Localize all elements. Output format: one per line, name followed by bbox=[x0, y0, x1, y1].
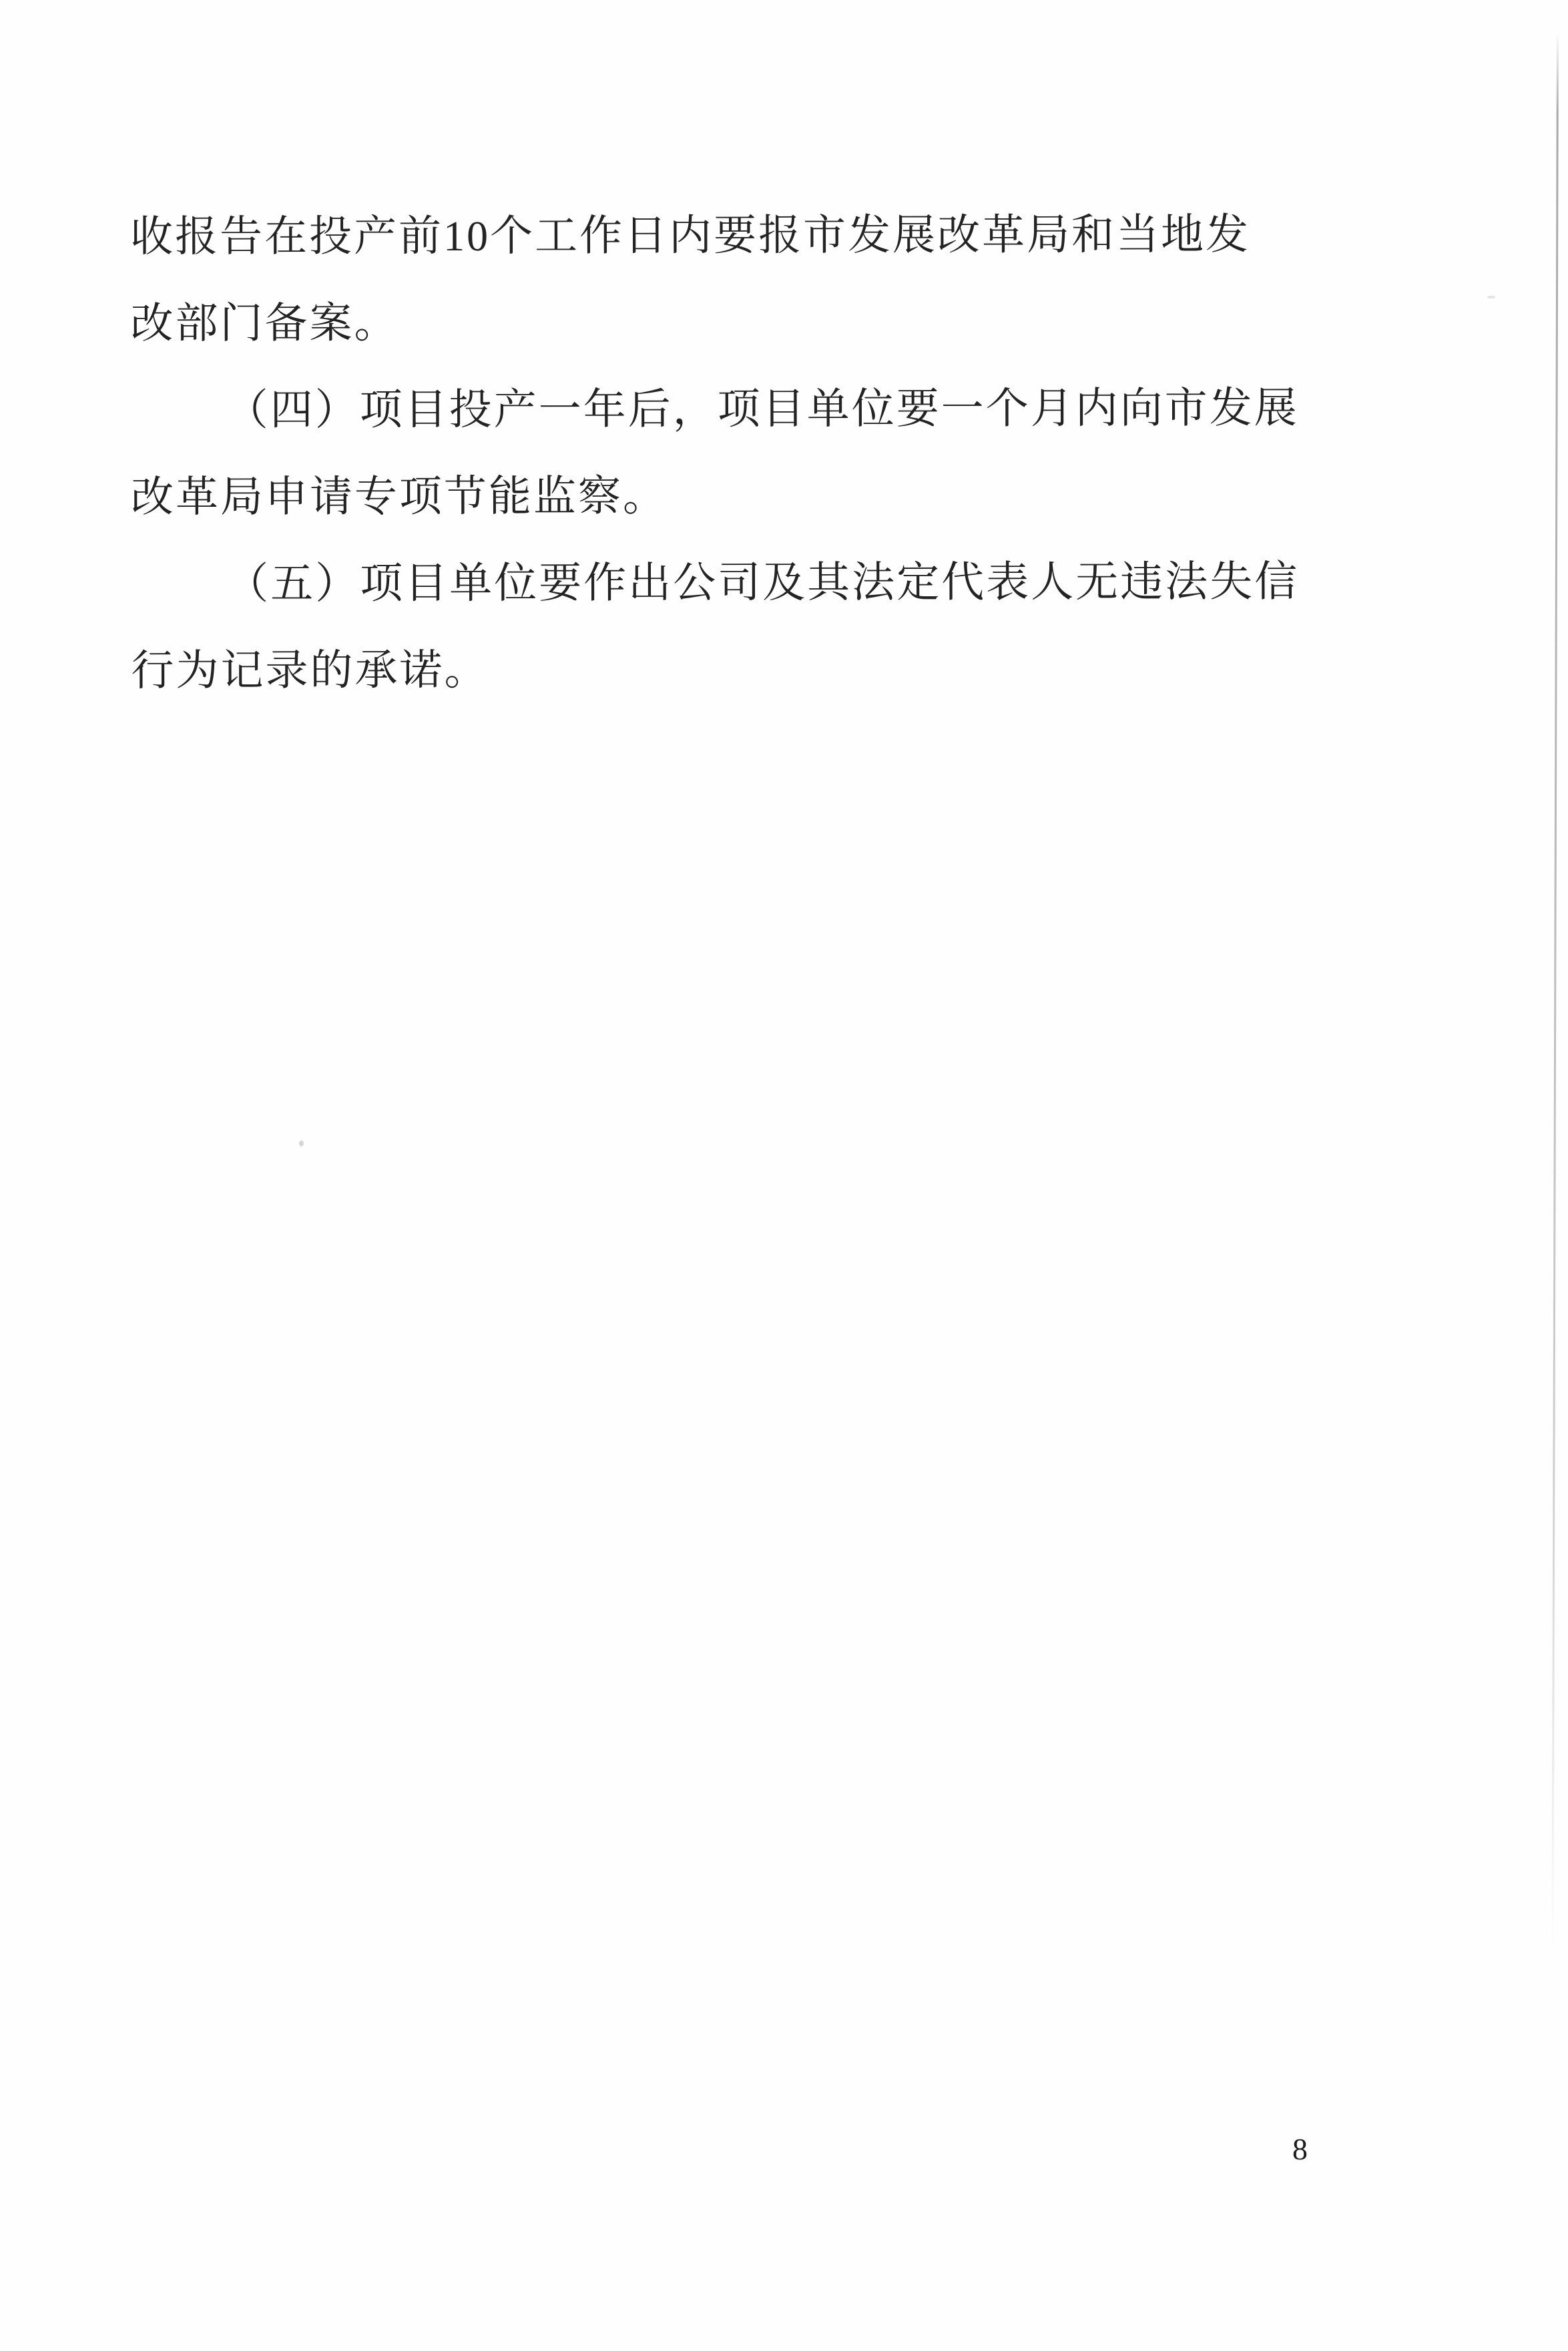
text-line: 改革局申请专项节能监察。 bbox=[131, 451, 1326, 541]
scan-speck bbox=[1487, 296, 1495, 298]
page-number: 8 bbox=[1292, 2131, 1308, 2167]
text-line: 收报告在投产前10个工作日内要报市发展改革局和当地发 bbox=[130, 191, 1325, 280]
text-line: 改部门备案。 bbox=[130, 278, 1325, 367]
text-line: 行为记录的承诺。 bbox=[131, 625, 1326, 714]
document-page: 收报告在投产前10个工作日内要报市发展改革局和当地发 改部门备案。 （四）项目投… bbox=[0, 0, 1568, 2351]
document-text: 收报告在投产前10个工作日内要报市发展改革局和当地发 改部门备案。 （四）项目投… bbox=[130, 191, 1326, 714]
scan-edge-artifact bbox=[1551, 37, 1559, 1953]
scan-speck bbox=[299, 1140, 304, 1146]
text-line: （五）项目单位要作出公司及其法定代表人无违法失信 bbox=[131, 538, 1326, 628]
text-line: （四）项目投产一年后，项目单位要一个月内向市发展 bbox=[131, 365, 1326, 454]
